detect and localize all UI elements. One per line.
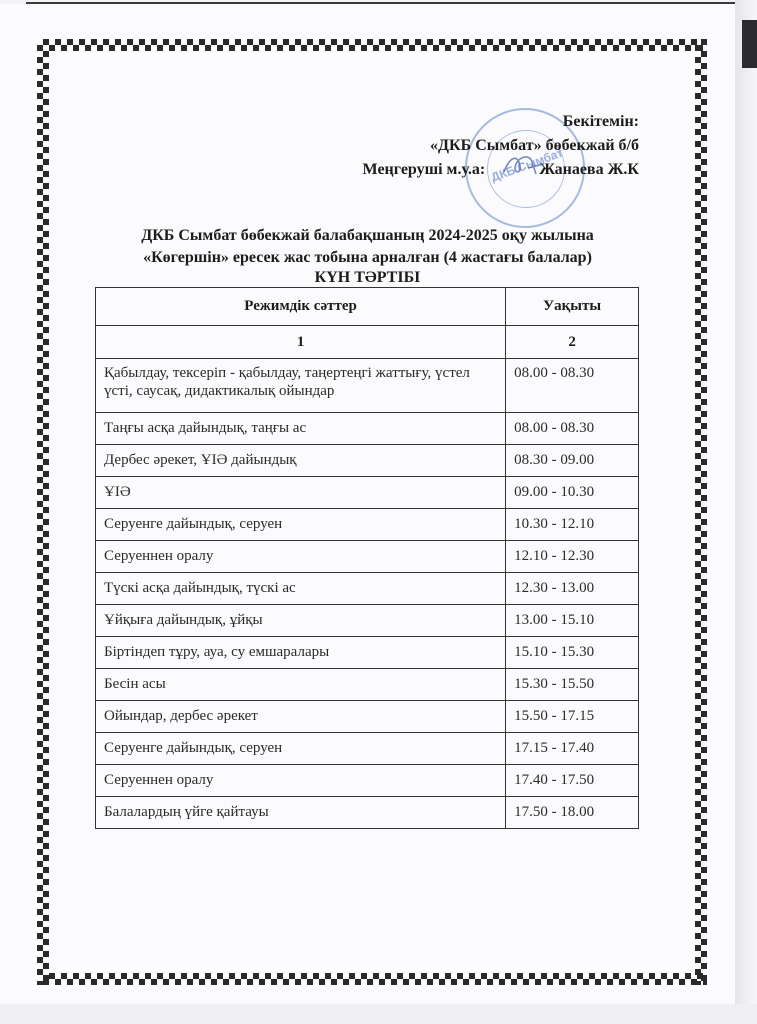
document-title-line-2: «Көгершін» ересек жас тобына арналған (4… — [95, 247, 640, 269]
checkered-border-bottom — [43, 973, 707, 985]
table-row: Түскі асқа дайындық, түскі ас12.30 - 13.… — [96, 573, 639, 605]
approval-heading: Бекітемін: — [363, 110, 639, 134]
scan-artifact — [742, 20, 757, 68]
table-row: Бесін асы15.30 - 15.50 — [96, 669, 639, 701]
document-title-daily-schedule: КҮН ТӘРТІБІ — [95, 267, 640, 289]
time-cell: 12.10 - 12.30 — [506, 541, 639, 573]
scan-shadow — [735, 0, 757, 1024]
table-row: Біртіндеп тұру, ауа, су емшаралары15.10 … — [96, 637, 639, 669]
column-number-row: 1 2 — [96, 326, 639, 359]
activity-cell: Балалардың үйге қайтауы — [96, 797, 506, 829]
time-cell: 15.50 - 17.15 — [506, 701, 639, 733]
table-row: Серуеннен оралу12.10 - 12.30 — [96, 541, 639, 573]
checkered-border-left — [37, 39, 49, 985]
time-cell: 08.00 - 08.30 — [506, 413, 639, 445]
daily-schedule-table: Режимдік сәттер Уақыты 1 2 Қабылдау, тек… — [95, 287, 639, 829]
activity-cell: Таңғы асқа дайындық, таңғы ас — [96, 413, 506, 445]
time-cell: 10.30 - 12.10 — [506, 509, 639, 541]
activity-cell: Ойындар, дербес әрекет — [96, 701, 506, 733]
column-header-time: Уақыты — [506, 288, 639, 326]
time-cell: 08.30 - 09.00 — [506, 445, 639, 477]
document-title-line-1: ДКБ Сымбат бөбекжай балабақшаның 2024-20… — [95, 225, 640, 247]
activity-cell: Бесін асы — [96, 669, 506, 701]
approval-position: Меңгеруші м.у.а: — [363, 161, 486, 178]
signature-icon — [500, 152, 550, 178]
activity-cell: Түскі асқа дайындық, түскі ас — [96, 573, 506, 605]
table-row: Ойындар, дербес әрекет15.50 - 17.15 — [96, 701, 639, 733]
table-row: Дербес әрекет, ҰІӘ дайындық08.30 - 09.00 — [96, 445, 639, 477]
table-row: Таңғы асқа дайындық, таңғы ас08.00 - 08.… — [96, 413, 639, 445]
time-cell: 15.30 - 15.50 — [506, 669, 639, 701]
table-row: Балалардың үйге қайтауы17.50 - 18.00 — [96, 797, 639, 829]
column-number: 1 — [96, 326, 506, 359]
column-header-activities: Режимдік сәттер — [96, 288, 506, 326]
checkered-border-right — [695, 39, 707, 985]
time-cell: 12.30 - 13.00 — [506, 573, 639, 605]
activity-cell: Серуеннен оралу — [96, 765, 506, 797]
table-row: ҰІӘ09.00 - 10.30 — [96, 477, 639, 509]
time-cell: 17.15 - 17.40 — [506, 733, 639, 765]
table-row: Қабылдау, тексеріп - қабылдау, таңертеңг… — [96, 359, 639, 413]
scan-bottom-margin — [0, 1004, 757, 1024]
table-row: Ұйқыға дайындық, ұйқы13.00 - 15.10 — [96, 605, 639, 637]
activity-cell: Қабылдау, тексеріп - қабылдау, таңертеңг… — [96, 359, 506, 413]
activity-cell: Ұйқыға дайындық, ұйқы — [96, 605, 506, 637]
activity-cell: Серуенге дайындық, серуен — [96, 509, 506, 541]
time-cell: 17.50 - 18.00 — [506, 797, 639, 829]
table-row: Серуенге дайындық, серуен17.15 - 17.40 — [96, 733, 639, 765]
activity-cell: Серуенге дайындық, серуен — [96, 733, 506, 765]
time-cell: 09.00 - 10.30 — [506, 477, 639, 509]
column-number: 2 — [506, 326, 639, 359]
time-cell: 08.00 - 08.30 — [506, 359, 639, 413]
table-header-row: Режимдік сәттер Уақыты — [96, 288, 639, 326]
table-row: Серуенге дайындық, серуен10.30 - 12.10 — [96, 509, 639, 541]
time-cell: 13.00 - 15.10 — [506, 605, 639, 637]
activity-cell: ҰІӘ — [96, 477, 506, 509]
table-row: Серуеннен оралу17.40 - 17.50 — [96, 765, 639, 797]
time-cell: 17.40 - 17.50 — [506, 765, 639, 797]
activity-cell: Серуеннен оралу — [96, 541, 506, 573]
checkered-border-top — [37, 39, 707, 51]
time-cell: 15.10 - 15.30 — [506, 637, 639, 669]
activity-cell: Дербес әрекет, ҰІӘ дайындық — [96, 445, 506, 477]
activity-cell: Біртіндеп тұру, ауа, су емшаралары — [96, 637, 506, 669]
approval-name: Жанаева Ж.К — [539, 161, 639, 178]
